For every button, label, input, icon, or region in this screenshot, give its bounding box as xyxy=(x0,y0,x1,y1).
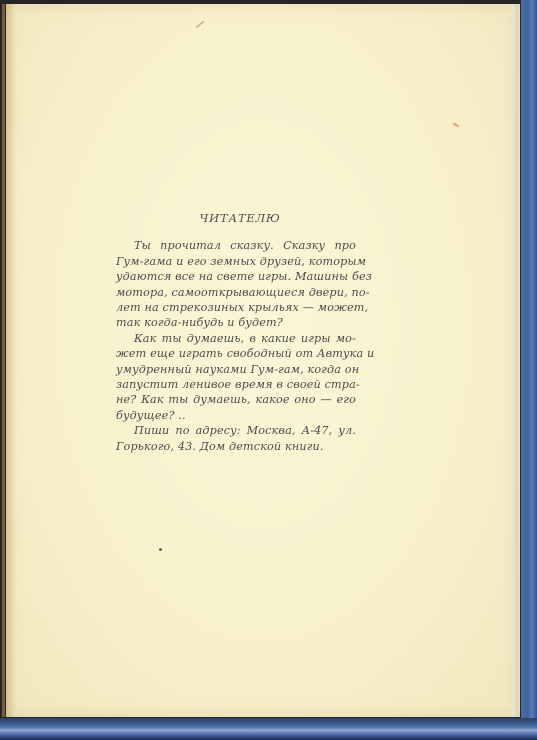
text-line: запустит ленивое время в своей стра- xyxy=(116,377,356,392)
book-cover-edge-bottom xyxy=(0,718,537,740)
text-line: Ты прочитал сказку. Сказку про xyxy=(116,238,356,253)
text-line: будущее? .. xyxy=(116,408,356,423)
page-gutter xyxy=(2,4,5,717)
page-edge xyxy=(508,4,518,717)
text-line: Горького, 43. Дом детской книги. xyxy=(116,439,356,454)
reader-note: ЧИТАТЕЛЮ Ты прочитал сказку. Сказку про … xyxy=(116,211,356,454)
book-page-scan: ЧИТАТЕЛЮ Ты прочитал сказку. Сказку про … xyxy=(0,0,537,740)
text-line: Как ты думаешь, в какие игры мо- xyxy=(116,331,356,346)
ink-spot xyxy=(159,548,162,551)
paragraph-2: Как ты думаешь, в какие игры мо- жет еще… xyxy=(116,331,356,423)
text-line: Пиши по адресу: Москва, А-47, ул. xyxy=(116,423,356,438)
text-line: мотора, самооткрывающиеся двери, по- xyxy=(116,285,356,300)
text-line: не? Как ты думаешь, какое оно — его xyxy=(116,392,356,407)
paragraph-3: Пиши по адресу: Москва, А-47, ул. Горько… xyxy=(116,423,356,454)
paragraph-1: Ты прочитал сказку. Сказку про Гум-гама … xyxy=(116,238,356,330)
text-line: умудренный науками Гум-гам, когда он xyxy=(116,362,356,377)
page-title: ЧИТАТЕЛЮ xyxy=(124,211,356,226)
text-line: так когда-нибудь и будет? xyxy=(116,315,356,330)
text-line: удаются все на свете игры. Машины без xyxy=(116,269,356,284)
gutter-shade xyxy=(6,4,16,717)
text-line: жет еще играть свободный от Автука и xyxy=(116,346,356,361)
text-line: лет на стрекозиных крыльях — может, xyxy=(116,300,356,315)
text-line: Гум-гама и его земных друзей, которым xyxy=(116,254,356,269)
book-cover-edge-right xyxy=(521,0,537,740)
